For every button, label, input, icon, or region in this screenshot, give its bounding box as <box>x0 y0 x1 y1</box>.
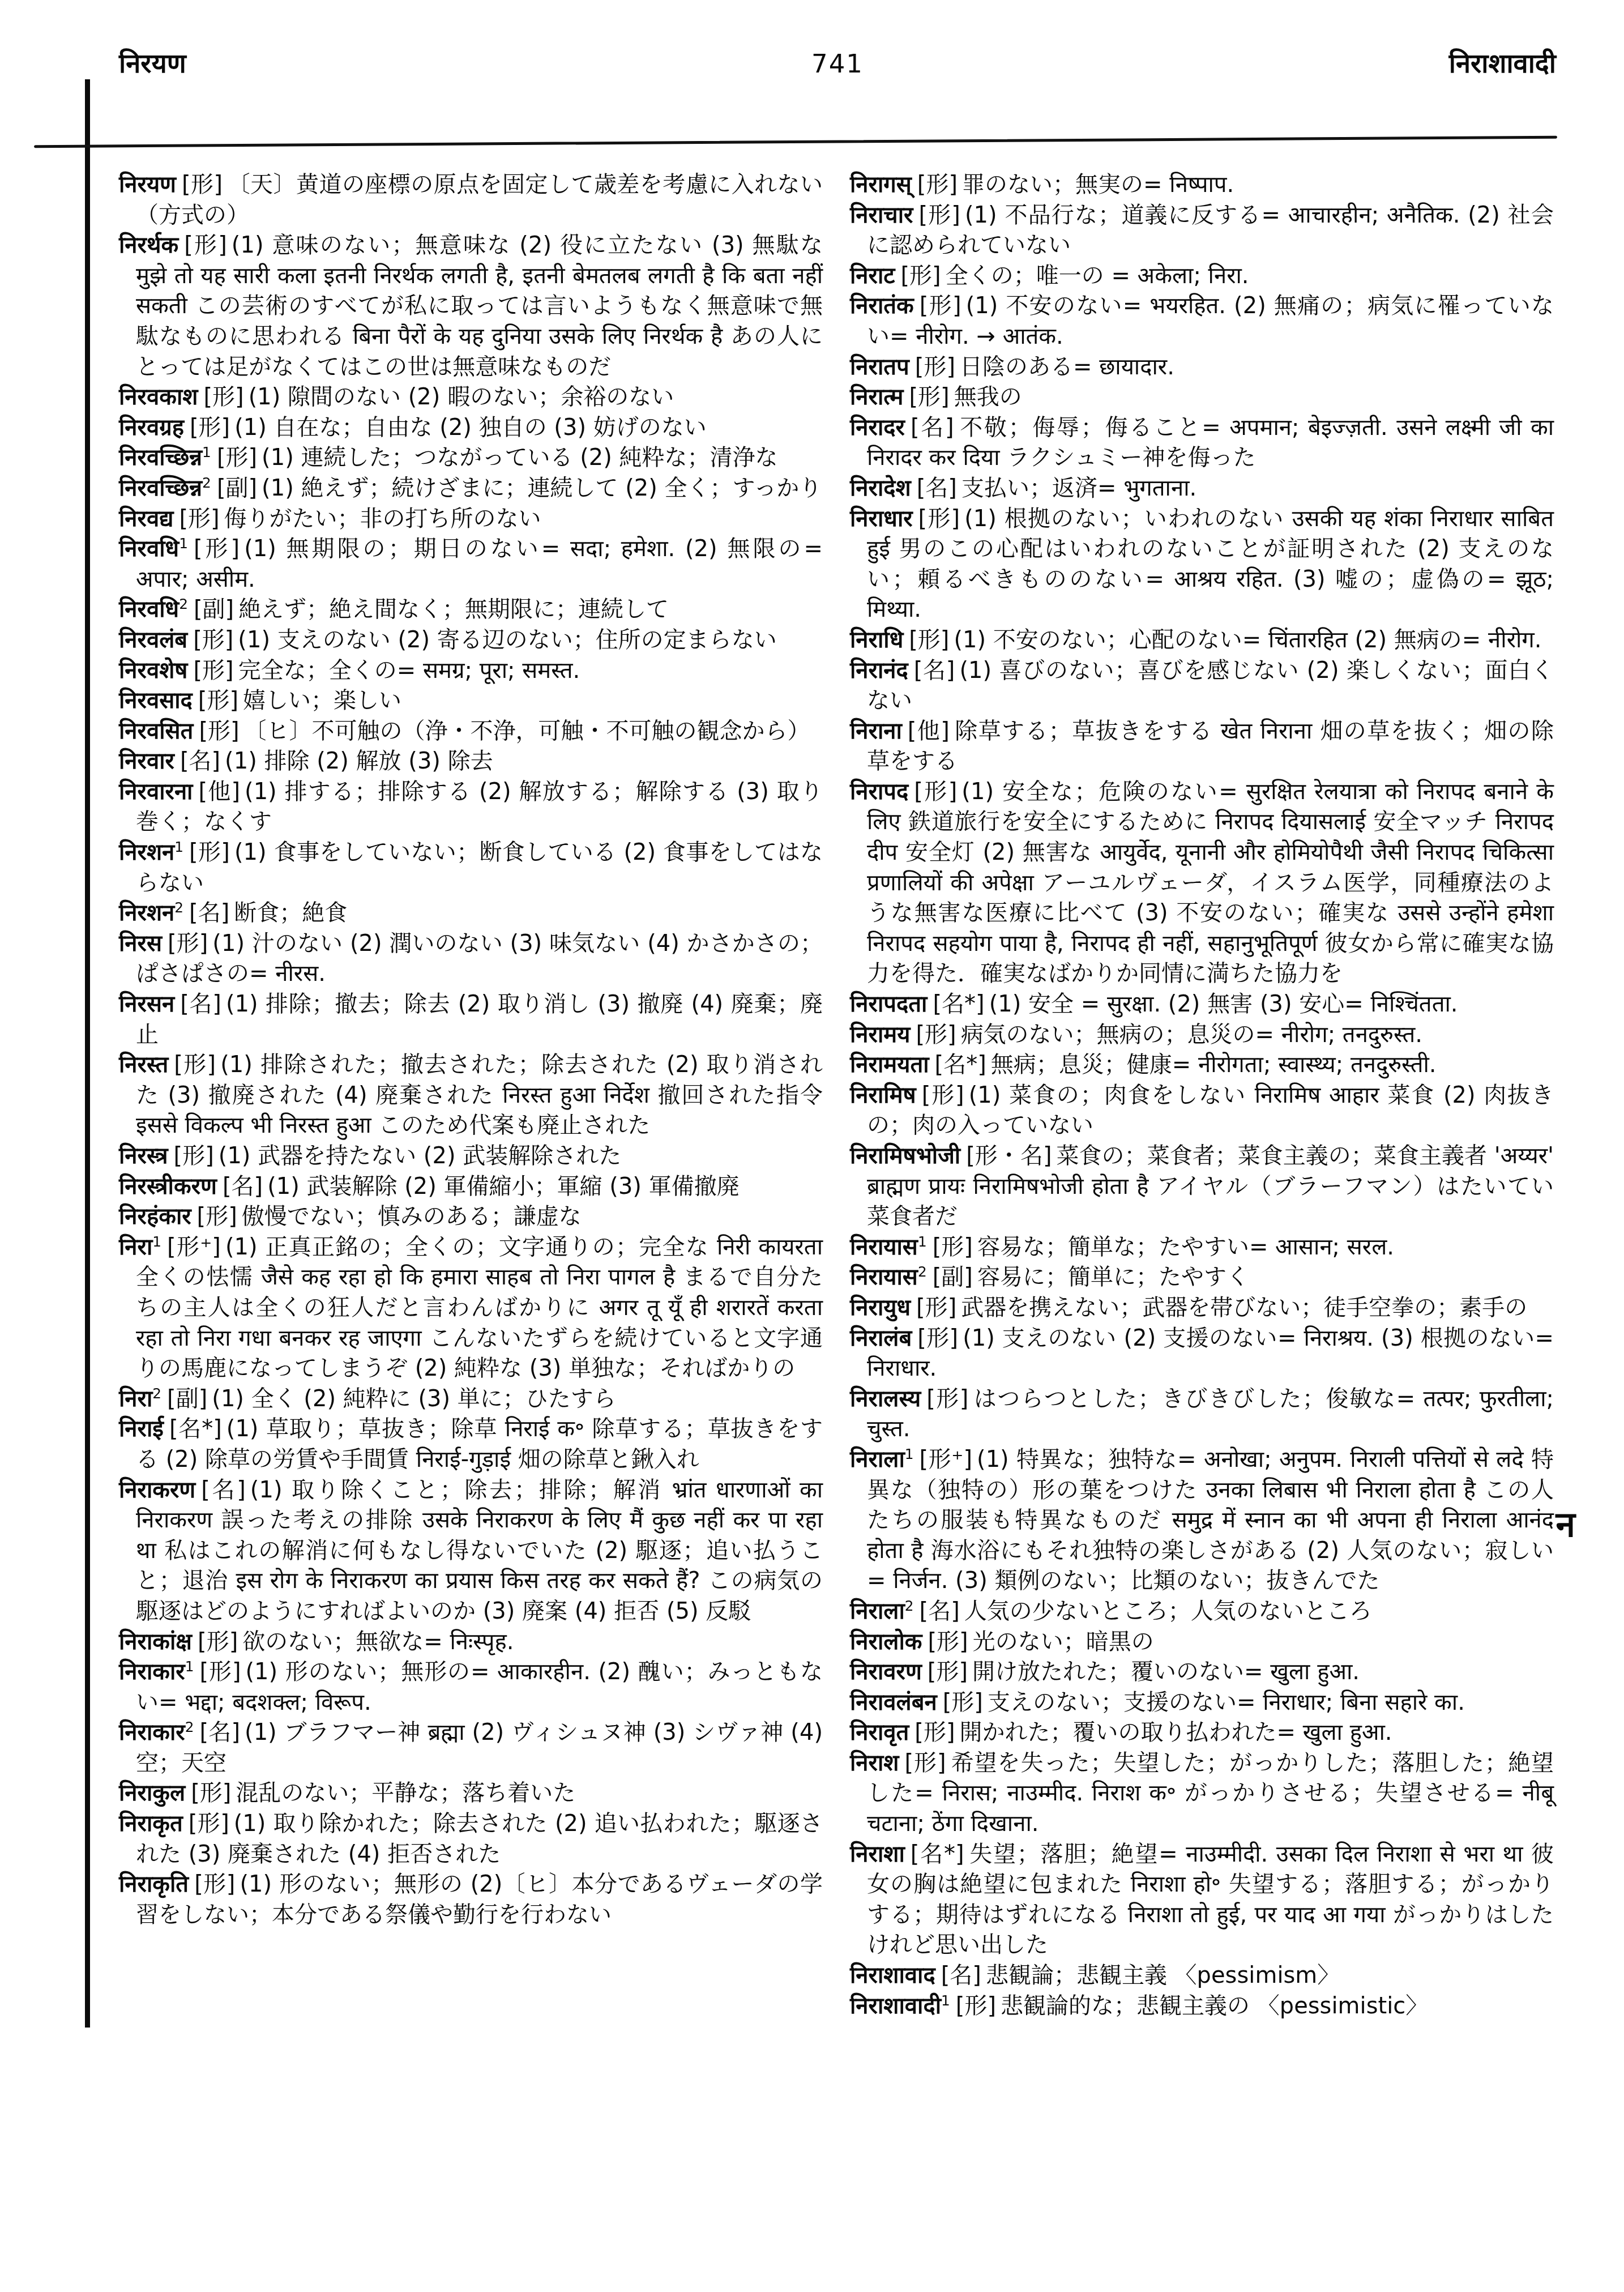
entry-headword: निरशन <box>119 839 174 865</box>
dict-entry: निरामय[形]病気のない；無病の；息災の= नीरोग; तनदुरुस्त… <box>850 1020 1554 1051</box>
entry-definition: (1) 取り除かれた；除去された (2) 追い払われた；駆逐された (3) 廃棄… <box>136 1811 823 1867</box>
part-of-speech: [形] <box>168 1143 219 1169</box>
entry-definition: 容易に；簡単に；たやすく <box>977 1264 1249 1290</box>
part-of-speech: [名] <box>911 475 961 501</box>
entry-headword: निरालोक <box>850 1629 922 1655</box>
part-of-speech: [形] <box>903 384 954 410</box>
entry-headword: निरवग्रह <box>119 415 184 441</box>
entry-definition: 開かれた；覆いの取り払われた= खुला हुआ. <box>960 1719 1392 1745</box>
entry-headword: निरादर <box>850 415 905 441</box>
part-of-speech: [形] <box>922 1659 972 1685</box>
part-of-speech: [他] <box>193 779 245 805</box>
dict-entry: निरर्थक[形](1) 意味のない；無意味な (2) 役に立たない (3) … <box>119 231 823 382</box>
homonym-number: 1 <box>179 535 188 552</box>
entry-headword: निरवार <box>119 748 174 774</box>
part-of-speech: [形] <box>198 384 248 410</box>
dict-entry: निरापदता[名*](1) 安全 = सुरक्षा. (2) 無害 (3)… <box>850 989 1554 1020</box>
entry-headword: निरातंक <box>850 293 914 319</box>
part-of-speech: [形] <box>187 658 238 684</box>
part-of-speech: [副] <box>927 1264 977 1290</box>
dict-entry: निराट[形]全くの；唯一の = अकेला; निरा. <box>850 261 1554 292</box>
part-of-speech: [形] <box>193 718 243 744</box>
entry-definition: 支払い；返済= भुगताना. <box>961 475 1196 501</box>
entry-headword: निराकार <box>119 1659 185 1685</box>
entry-headword: निरस्त <box>119 1052 168 1078</box>
dict-entry: निरानंद[名](1) 喜びのない；喜びを感じない (2) 楽しくない；面白… <box>850 656 1554 716</box>
dict-entry: निरामिषभोजी[形・名]菜食の；菜食者；菜食主義の；菜食主義者 'अय्… <box>850 1141 1554 1232</box>
part-of-speech: [副] <box>188 596 238 622</box>
dict-entry: निराला2[名]人気の少ないところ；人気のないところ <box>850 1597 1554 1627</box>
entry-definition: (1) 食事をしていない；断食している (2) 食事をしてはならない <box>136 839 823 896</box>
dict-entry: निरवच्छिन्न1[形](1) 連続した；つながっている (2) 純粋な；… <box>119 443 823 473</box>
entry-headword: निराई <box>119 1416 164 1442</box>
part-of-speech: [名] <box>194 1719 245 1745</box>
entry-headword: निराला <box>850 1446 905 1472</box>
part-of-speech: [名] <box>195 1477 250 1503</box>
dict-entry: निरातप[形]日陰のある= छायादार. <box>850 352 1554 383</box>
dict-entry: निरवलंब[形](1) 支えのない (2) 寄る辺のない；住所の定まらない <box>119 625 823 656</box>
part-of-speech: [形] <box>913 506 965 532</box>
entry-headword: निरात्म <box>850 384 903 410</box>
part-of-speech: [名*] <box>905 1841 969 1867</box>
entry-definition: 断食；絶食 <box>234 900 347 926</box>
part-of-speech: [形⁺] <box>914 1446 977 1472</box>
scan-artifact-line <box>85 79 90 2028</box>
dict-entry: निरामयता[名*]無病；息災；健康= नीरोगता; स्वास्थ्य… <box>850 1050 1554 1081</box>
entry-definition: 希望を失った；失望した；がっかりした；落胆した；絶望した= निरास; नाउ… <box>867 1750 1554 1837</box>
part-of-speech: [形] <box>184 415 234 441</box>
dict-entry: निरायास2[副]容易に；簡単に；たやすく <box>850 1262 1554 1293</box>
entry-definition: (1) 全く (2) 純粋に (3) 単に；ひたすら <box>212 1386 616 1412</box>
entry-definition: (1) 排除された；撤去された；除去された (2) 取り消された (3) 撤廃さ… <box>136 1052 823 1138</box>
dict-entry: निरालंब[形](1) 支えのない (2) 支援のない= निराश्रय.… <box>850 1324 1554 1384</box>
entry-definition: 悲観論；悲観主義 〈pessimism〉 <box>986 1962 1340 1988</box>
dict-entry: निरवद्य[形]侮りがたい；非の打ち所のない <box>119 504 823 535</box>
dict-entry: निरवग्रह[形](1) 自在な；自由な (2) 独自の (3) 妨げのない <box>119 413 823 443</box>
dict-entry: निराचार[形](1) 不品行な；道義に反する= आचारहीन; अनैत… <box>850 200 1554 261</box>
homonym-number: 2 <box>905 1598 914 1614</box>
part-of-speech: [形] <box>899 1750 950 1776</box>
entry-definition: (1) 排除 (2) 解放 (3) 除去 <box>225 748 493 774</box>
entry-definition: (1) 不品行な；道義に反する= आचारहीन; अनैतिक. (2) 社会… <box>867 202 1554 259</box>
dict-entry: निरस्त[形](1) 排除された；撤去された；除去された (2) 取り消され… <box>119 1050 823 1141</box>
part-of-speech: [形] <box>903 627 954 653</box>
entry-headword: निराट <box>850 263 895 289</box>
entry-definition: 〔天〕黄道の座標の原点を固定して歳差を考慮に入れない（方式の） <box>136 172 823 228</box>
homonym-number: 2 <box>185 1719 194 1735</box>
part-of-speech: [形] <box>911 1295 961 1321</box>
entry-definition: (1) 草取り；草抜き；除草 निराई क॰ 除草する；草抜きをする (2) … <box>136 1416 823 1472</box>
part-of-speech: [他] <box>902 718 954 744</box>
dict-entry: निरवकाश[形](1) 隙間のない (2) 暇のない；余裕のない <box>119 382 823 413</box>
entry-headword: निराकार <box>119 1719 185 1745</box>
entry-definition: 嬉しい；楽しい <box>243 688 401 714</box>
dictionary-page: निरयण 741 निराशावादी निरयण[形]〔天〕黄道の座標の原点… <box>0 0 1624 2292</box>
entry-definition: (1) 喜びのない；喜びを感じない (2) 楽しくない；面白くない <box>867 658 1554 714</box>
dict-entry: निरस्त्र[形](1) 武器を持たない (2) 武装解除された <box>119 1141 823 1172</box>
dict-entry: निरालोक[形]光のない；暗黒の <box>850 1627 1554 1658</box>
dict-entry: निरालस्य[形]はつらつとした；きびきびした；俊敏な= तत्पर; फु… <box>850 1384 1554 1445</box>
entry-headword: निराचार <box>850 202 913 228</box>
dict-entry: निराशावादी1[形]悲観論的な；悲観主義の 〈pessimistic〉 <box>850 1991 1554 2022</box>
entry-definition: 無我の <box>954 384 1022 410</box>
entry-headword: निराकरण <box>119 1477 195 1503</box>
homonym-number: 1 <box>918 1233 927 1249</box>
entry-definition: 日陰のある= छायादार. <box>960 354 1174 380</box>
header-right-guideword: निराशावादी <box>864 44 1556 80</box>
entry-headword: निरापद <box>850 779 908 805</box>
part-of-speech: [形] <box>191 1203 242 1230</box>
homonym-number: 1 <box>905 1446 914 1462</box>
part-of-speech: [形] <box>950 1993 1001 2019</box>
part-of-speech: [形] <box>178 232 232 258</box>
entry-definition: (1) 自在な；自由な (2) 独自の (3) 妨げのない <box>234 415 707 441</box>
dict-entry: निराना[他]除草する；草抜きをする खेत निराना 畑の草を抜く；畑… <box>850 716 1554 777</box>
entry-headword: निरर्थक <box>119 232 178 258</box>
entry-headword: निरातप <box>850 354 909 380</box>
entry-definition: (1) 安全 = सुरक्षा. (2) 無害 (3) 安心= निश्चिं… <box>989 991 1458 1017</box>
entry-headword: निरवच्छिन्न <box>119 475 202 501</box>
dict-entry: निरशन2[名]断食；絶食 <box>119 898 823 929</box>
dict-entry: निराशावाद[名]悲観論；悲観主義 〈pessimism〉 <box>850 1961 1554 1991</box>
entry-headword: निरवधि <box>119 536 179 562</box>
entry-headword: निरायास <box>850 1234 918 1260</box>
homonym-number: 1 <box>941 1992 950 2008</box>
dict-entry: निरवधि2[副]絶えず；絶え間なく；無期限に；連続して <box>119 595 823 625</box>
entry-definition: 絶えず；絶え間なく；無期限に；連続して <box>238 596 669 622</box>
entry-headword: निरयण <box>119 172 176 198</box>
dict-entry: निरावृत[形]開かれた；覆いの取り払われた= खुला हुआ. <box>850 1718 1554 1748</box>
entry-definition: (1) 根拠のない；いわれのない उसकी यह शंका निराधार सा… <box>867 506 1554 623</box>
entry-headword: निरामिष <box>850 1082 916 1108</box>
part-of-speech: [副] <box>161 1386 212 1412</box>
entry-headword: निरवच्छिन्न <box>119 445 202 471</box>
entry-headword: निरस्त्र <box>119 1143 168 1169</box>
entry-headword: निरशन <box>119 900 174 926</box>
dict-entry: निराकार2[名](1) ブラフマー神 ब्रह्मा (2) ヴィシュヌ神… <box>119 1718 823 1778</box>
entry-headword: निरामयता <box>850 1052 929 1078</box>
dict-entry: निराश[形]希望を失った；失望した；がっかりした；落胆した；絶望した= नि… <box>850 1748 1554 1839</box>
entry-headword: निरालंब <box>850 1325 912 1351</box>
entry-headword: निरा <box>119 1234 152 1260</box>
entry-headword: निरानंद <box>850 658 908 684</box>
entry-definition: 混乱のない；平静な；落ち着いた <box>236 1780 575 1806</box>
column-left: निरयण[形]〔天〕黄道の座標の原点を固定して歳差を考慮に入れない（方式の）न… <box>119 170 823 1930</box>
entry-headword: निरापदता <box>850 991 927 1017</box>
part-of-speech: [形] <box>908 779 961 805</box>
part-of-speech: [形] <box>909 1719 959 1745</box>
entry-definition: 完全な；全くの= समग्र; पूरा; समस्त. <box>238 658 580 684</box>
dict-entry: निराधार[形](1) 根拠のない；いわれのない उसकी यह शंका … <box>850 504 1554 625</box>
entry-headword: निराकांक्ष <box>119 1629 192 1655</box>
entry-definition: 傲慢でない；慎みのある；謙虚な <box>242 1203 582 1230</box>
part-of-speech: [形] <box>193 688 243 714</box>
entry-headword: निरा <box>119 1386 152 1412</box>
part-of-speech: [名*] <box>164 1416 226 1442</box>
part-of-speech: [形] <box>916 1082 969 1108</box>
part-of-speech: [名*] <box>927 991 989 1017</box>
page-number: 741 <box>811 49 864 79</box>
dict-entry: निरात्म[形]無我の <box>850 382 1554 413</box>
entry-definition: 全くの；唯一の = अकेला; निरा. <box>946 263 1249 289</box>
part-of-speech: [副] <box>211 475 262 501</box>
part-of-speech: [形] <box>909 354 960 380</box>
entry-headword: निराकृति <box>119 1871 189 1897</box>
entry-definition: (1) 汁のない (2) 潤いのない (3) 味気ない (4) かさかさの；ぱさ… <box>136 931 823 987</box>
entry-definition: (1) 支えのない (2) 寄る辺のない；住所の定まらない <box>238 627 776 653</box>
part-of-speech: [形] <box>910 1022 960 1048</box>
homonym-number: 1 <box>174 839 183 855</box>
entry-definition: 罪のない；無実の= निष्पाप. <box>962 172 1234 198</box>
dict-entry: निरावरण[形]開け放たれた；覆いのない= खुला हुआ. <box>850 1657 1554 1688</box>
entry-definition: (1) 安全な；危険のない= सुरक्षित रेलयात्रा को निर… <box>867 779 1554 987</box>
part-of-speech: [形] <box>173 506 224 532</box>
entry-headword: निरवकाश <box>119 384 198 410</box>
entry-columns: निरयण[形]〔天〕黄道の座標の原点を固定して歳差を考慮に入れない（方式の）न… <box>119 170 1554 2021</box>
entry-definition: (1) 隙間のない (2) 暇のない；余裕のない <box>249 384 674 410</box>
dict-entry: निरवसाद[形]嬉しい；楽しい <box>119 686 823 716</box>
entry-headword: निराशावाद <box>850 1962 935 1988</box>
entry-headword: निराना <box>850 718 902 744</box>
dict-entry: निरवधि1[形](1) 無期限の；期日のない= सदा; हमेशा. (2… <box>119 534 823 595</box>
entry-headword: निरावलंबन <box>850 1689 937 1715</box>
entry-headword: निरस <box>119 931 162 957</box>
thumb-index-letter: न <box>1556 1500 1575 1547</box>
dict-entry: निरशन1[形](1) 食事をしていない；断食している (2) 食事をしてはな… <box>119 838 823 898</box>
entry-headword: निरस्त्रीकरण <box>119 1173 217 1200</box>
dict-entry: निरस्त्रीकरण[名](1) 武装解除 (2) 軍備縮小；軍縮 (3) … <box>119 1172 823 1202</box>
entry-definition: 支えのない；支援のない= निराधार; बिना सहारे का. <box>988 1689 1465 1715</box>
column-right: निरागस्[形]罪のない；無実の= निष्पाप.निराचार[形](1… <box>850 170 1554 2021</box>
entry-headword: निरामय <box>850 1022 910 1048</box>
entry-headword: निरायुध <box>850 1295 911 1321</box>
entry-headword: निरहंकार <box>119 1203 191 1230</box>
page-header: निरयण 741 निराशावादी <box>119 44 1556 80</box>
part-of-speech: [名] <box>183 900 234 926</box>
part-of-speech: [形⁺] <box>161 1234 225 1260</box>
part-of-speech: [形] <box>921 1386 973 1412</box>
entry-definition: 除草する；草抜きをする खेत निराना 畑の草を抜く；畑の除草をする <box>867 718 1554 775</box>
part-of-speech: [形] <box>922 1629 972 1655</box>
entry-headword: निरवशेष <box>119 658 187 684</box>
dict-entry: निरादर[名]不敬；侮辱；侮ること= अपमान; बेइज्ज़ती. उ… <box>850 413 1554 473</box>
part-of-speech: [形・名] <box>960 1143 1056 1169</box>
entry-headword: निरायास <box>850 1264 918 1290</box>
homonym-number: 2 <box>918 1264 927 1280</box>
dict-entry: निरवार[名](1) 排除 (2) 解放 (3) 除去 <box>119 746 823 777</box>
part-of-speech: [形] <box>162 931 212 957</box>
dict-entry: निरायुध[形]武器を携えない；武器を帯びない；徒手空拳の；素手の <box>850 1293 1554 1324</box>
entry-headword: निरालस्य <box>850 1386 921 1412</box>
entry-definition: 武器を携えない；武器を帯びない；徒手空拳の；素手の <box>961 1295 1527 1321</box>
entry-definition: (1) 不安のない；心配のない= चिंतारहित (2) 無病の= नीरो… <box>954 627 1541 653</box>
dict-entry: निरवसित[形]〔ヒ〕不可触の（浄・不浄，可触・不可触の観念から） <box>119 716 823 747</box>
dict-entry: निराकार1[形](1) 形のない；無形の= आकारहीन. (2) 醜い… <box>119 1657 823 1718</box>
part-of-speech: [形] <box>895 263 945 289</box>
entry-definition: 病気のない；無病の；息災の= नीरोग; तनदुरुस्त. <box>961 1022 1422 1048</box>
dict-entry: निरापद[形](1) 安全な；危険のない= सुरक्षित रेलयात्… <box>850 777 1554 989</box>
dict-entry: निराकृति[形](1) 形のない；無形の (2)〔ヒ〕本分であるヴェーダの… <box>119 1870 823 1930</box>
entry-definition: 無病；息災；健康= नीरोगता; स्वास्थ्य; तनदुरुस्ती… <box>991 1052 1437 1078</box>
dict-entry: निरवशेष[形]完全な；全くの= समग्र; पूरा; समस्त. <box>119 656 823 686</box>
part-of-speech: [名] <box>174 748 225 774</box>
entry-definition: 容易な；簡単な；たやすい= आसान; सरल. <box>977 1234 1394 1260</box>
entry-definition: (1) 不安のない= भयरहित. (2) 無痛の；病気に罹っていない= नी… <box>867 293 1554 349</box>
entry-headword: निराकृत <box>119 1811 183 1837</box>
entry-definition: (1) 武装解除 (2) 軍備縮小；軍縮 (3) 軍備撤廃 <box>267 1173 740 1200</box>
part-of-speech: [形] <box>189 1871 240 1897</box>
entry-definition: 失望；落胆；絶望= नाउम्मीदी. उसका दिल निराशा से … <box>867 1841 1554 1958</box>
part-of-speech: [名] <box>217 1173 267 1200</box>
dict-entry: निरातंक[形](1) 不安のない= भयरहित. (2) 無痛の；病気に… <box>850 291 1554 352</box>
homonym-number: 1 <box>152 1233 161 1249</box>
part-of-speech: [形] <box>183 1811 234 1837</box>
entry-definition: 光のない；暗黒の <box>973 1629 1154 1655</box>
homonym-number: 2 <box>152 1385 161 1401</box>
part-of-speech: [形] <box>913 202 965 228</box>
entry-definition: 人気の少ないところ；人気のないところ <box>964 1598 1372 1624</box>
dict-entry: निरावलंबन[形]支えのない；支援のない= निराधार; बिना स… <box>850 1688 1554 1718</box>
part-of-speech: [形] <box>927 1234 977 1260</box>
entry-definition: (1) 菜食の；肉食をしない निरामिष आहार 菜食 (2) 肉抜きの；… <box>867 1082 1554 1139</box>
dict-entry: निराधि[形](1) 不安のない；心配のない= चिंतारहित (2) … <box>850 625 1554 656</box>
entry-definition: (1) 意味のない；無意味な (2) 役に立たない (3) 無駄な मुझे त… <box>136 232 823 379</box>
entry-headword: निराधि <box>850 627 903 653</box>
part-of-speech: [形] <box>912 1325 963 1351</box>
dict-entry: निरस[形](1) 汁のない (2) 潤いのない (3) 味気ない (4) か… <box>119 929 823 989</box>
entry-headword: निरावरण <box>850 1659 922 1685</box>
part-of-speech: [名*] <box>929 1052 991 1078</box>
dict-entry: निरवच्छिन्न2[副](1) 絶えず；続けざまに；連続して (2) 全く… <box>119 473 823 504</box>
dict-entry: निराशा[名*]失望；落胆；絶望= नाउम्मीदी. उसका दिल … <box>850 1839 1554 1961</box>
dict-entry: निराकृत[形](1) 取り除かれた；除去された (2) 追い払われた；駆逐… <box>119 1809 823 1870</box>
entry-definition: (1) 排除；撤去；除去 (2) 取り消し (3) 撤廃 (4) 廃棄；廃止 <box>136 991 823 1048</box>
dict-entry: निराला1[形⁺](1) 特異な；独特な= अनोखा; अनुपम. नि… <box>850 1445 1554 1597</box>
header-left-guideword: निरयण <box>119 44 811 80</box>
header-rule <box>34 136 1557 148</box>
entry-definition: (1) 連続した；つながっている (2) 純粋な；清浄な <box>262 445 777 471</box>
part-of-speech: [形] <box>912 172 962 198</box>
entry-definition: 〔ヒ〕不可触の（浄・不浄，可触・不可触の観念から） <box>244 718 810 744</box>
entry-headword: निरवलंब <box>119 627 187 653</box>
part-of-speech: [名] <box>935 1962 986 1988</box>
homonym-number: 2 <box>179 596 188 612</box>
entry-definition: 悲観論的な；悲観主義の 〈pessimistic〉 <box>1001 1993 1428 2019</box>
entry-definition: (1) 絶えず；続けざまに；連続して (2) 全く；すっかり <box>262 475 822 501</box>
entry-headword: निराशावादी <box>850 1993 941 2019</box>
part-of-speech: [名] <box>908 658 960 684</box>
dict-entry: निराकरण[名](1) 取り除くこと；除去；排除；解消 भ्रांत धार… <box>119 1475 823 1627</box>
entry-definition: 欲のない；無欲な= निःस्पृह. <box>242 1629 514 1655</box>
part-of-speech: [形] <box>937 1689 988 1715</box>
part-of-speech: [形] <box>914 293 966 319</box>
dict-entry: निरसन[名](1) 排除；撤去；除去 (2) 取り消し (3) 撤廃 (4)… <box>119 989 823 1050</box>
homonym-number: 2 <box>202 475 211 491</box>
entry-headword: निरवारना <box>119 779 193 805</box>
part-of-speech: [形] <box>188 536 244 562</box>
entry-headword: निरादेश <box>850 475 911 501</box>
dict-entry: निरा1[形⁺](1) 正真正銘の；全くの；文字通りの；完全な निरी का… <box>119 1232 823 1384</box>
homonym-number: 1 <box>202 444 211 460</box>
dict-entry: निरवारना[他](1) 排する；排除する (2) 解放する；解除する (3… <box>119 777 823 838</box>
dict-entry: निरयण[形]〔天〕黄道の座標の原点を固定して歳差を考慮に入れない（方式の） <box>119 170 823 231</box>
part-of-speech: [形] <box>194 1659 246 1685</box>
part-of-speech: [形] <box>168 1052 220 1078</box>
entry-definition: (1) 正真正銘の；全くの；文字通りの；完全な निरी कायरता 全くの怯… <box>136 1234 823 1381</box>
entry-definition: (1) 武器を持たない (2) 武装解除された <box>219 1143 621 1169</box>
entry-headword: निरसन <box>119 991 174 1017</box>
part-of-speech: [形] <box>176 172 227 198</box>
part-of-speech: [形] <box>211 445 262 471</box>
entry-definition: (1) 支えのない (2) 支援のない= निराश्रय. (3) 根拠のない… <box>867 1325 1554 1382</box>
entry-headword: निरवधि <box>119 596 179 622</box>
part-of-speech: [形] <box>183 839 234 865</box>
entry-headword: निरामिषभोजी <box>850 1143 960 1169</box>
entry-headword: निराशा <box>850 1841 905 1867</box>
entry-definition: 不敬；侮辱；侮ること= अपमान; बेइज्ज़ती. उसने लक्ष्… <box>867 415 1554 471</box>
part-of-speech: [形] <box>187 627 238 653</box>
part-of-speech: [名] <box>174 991 226 1017</box>
dict-entry: निरामिष[形](1) 菜食の；肉食をしない निरामिष आहार 菜食… <box>850 1081 1554 1141</box>
part-of-speech: [名] <box>905 415 959 441</box>
dict-entry: निरहंकार[形]傲慢でない；慎みのある；謙虚な <box>119 1202 823 1232</box>
entry-headword: निराला <box>850 1598 905 1624</box>
part-of-speech: [形] <box>185 1780 236 1806</box>
entry-headword: निरवसाद <box>119 688 193 714</box>
part-of-speech: [名] <box>914 1598 964 1624</box>
entry-headword: निराश <box>850 1750 899 1776</box>
entry-headword: निरागस् <box>850 172 912 198</box>
dict-entry: निरादेश[名]支払い；返済= भुगताना. <box>850 473 1554 504</box>
dict-entry: निराकुल[形]混乱のない；平静な；落ち着いた <box>119 1778 823 1809</box>
homonym-number: 1 <box>185 1658 194 1675</box>
entry-headword: निरवद्य <box>119 506 173 532</box>
homonym-number: 2 <box>174 899 183 916</box>
dict-entry: निरायास1[形]容易な；簡単な；たやすい= आसान; सरल. <box>850 1232 1554 1263</box>
entry-definition: 開け放たれた；覆いのない= खुला हुआ. <box>972 1659 1360 1685</box>
entry-headword: निराकुल <box>119 1780 185 1806</box>
dict-entry: निराई[名*](1) 草取り；草抜き；除草 निराई क॰ 除草する；草抜… <box>119 1414 823 1475</box>
part-of-speech: [形] <box>192 1629 242 1655</box>
entry-headword: निराधार <box>850 506 913 532</box>
entry-headword: निरवसित <box>119 718 193 744</box>
entry-headword: निरावृत <box>850 1719 909 1745</box>
dict-entry: निरा2[副](1) 全く (2) 純粋に (3) 単に；ひたすら <box>119 1384 823 1415</box>
dict-entry: निराकांक्ष[形]欲のない；無欲な= निःस्पृह. <box>119 1627 823 1658</box>
dict-entry: निरागस्[形]罪のない；無実の= निष्पाप. <box>850 170 1554 200</box>
entry-definition: 侮りがたい；非の打ち所のない <box>224 506 541 532</box>
